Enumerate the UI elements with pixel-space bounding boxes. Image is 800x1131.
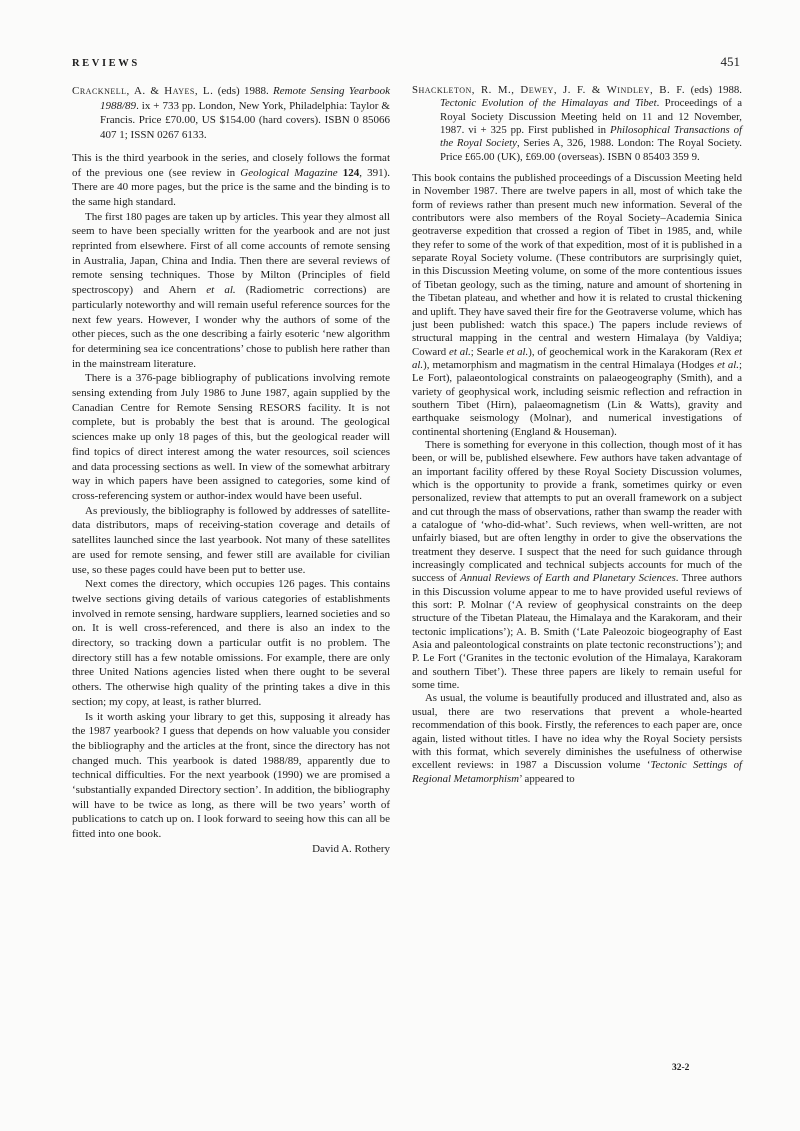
paragraph: The first 180 pages are taken up by arti…	[72, 210, 390, 372]
paragraph: Is it worth asking your library to get t…	[72, 710, 390, 842]
journal-page: REVIEWS 451 Cracknell, A. & Hayes, L. (e…	[0, 0, 800, 1131]
book-citation: Shackleton, R. M., Dewey, J. F. & Windle…	[412, 84, 742, 164]
right-column: Shackleton, R. M., Dewey, J. F. & Windle…	[412, 84, 742, 857]
text-columns: Cracknell, A. & Hayes, L. (eds) 1988. Re…	[72, 84, 742, 857]
page-number: 451	[721, 54, 741, 70]
left-column: Cracknell, A. & Hayes, L. (eds) 1988. Re…	[72, 84, 390, 857]
paragraph: There is something for everyone in this …	[412, 439, 742, 693]
review-body: This is the third yearbook in the series…	[72, 151, 390, 842]
page-header: REVIEWS 451	[72, 54, 740, 70]
paragraph: As usual, the volume is beautifully prod…	[412, 692, 742, 785]
running-head: REVIEWS	[72, 58, 140, 69]
paragraph: Next comes the directory, which occupies…	[72, 577, 390, 709]
reviewer-signature: David A. Rothery	[72, 842, 390, 857]
paragraph: There is a 376-page bibliography of publ…	[72, 371, 390, 503]
signature-mark: 32-2	[672, 1063, 689, 1073]
book-citation: Cracknell, A. & Hayes, L. (eds) 1988. Re…	[72, 84, 390, 143]
paragraph: This book contains the published proceed…	[412, 172, 742, 439]
review-body: This book contains the published proceed…	[412, 172, 742, 786]
paragraph: This is the third yearbook in the series…	[72, 151, 390, 210]
paragraph: As previously, the bibliography is follo…	[72, 504, 390, 578]
